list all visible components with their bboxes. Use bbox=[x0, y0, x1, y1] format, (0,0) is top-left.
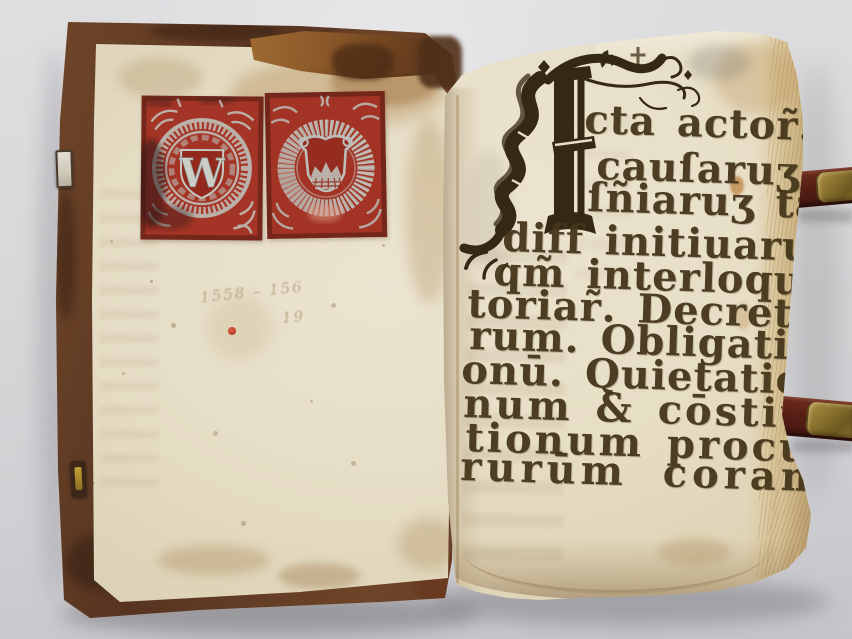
photo-backdrop: 1558 – 156 19 W bbox=[0, 0, 852, 639]
spine-head-leather bbox=[418, 36, 462, 88]
leather-blotch bbox=[56, 190, 76, 320]
strap-shadow bbox=[792, 440, 852, 452]
stain bbox=[118, 58, 203, 98]
brass-clasp bbox=[815, 169, 852, 203]
stain bbox=[158, 545, 270, 575]
stain bbox=[658, 538, 730, 565]
clasp-hook-icon bbox=[70, 461, 87, 498]
brass-pin bbox=[74, 467, 82, 490]
clasp-hook-icon bbox=[55, 150, 73, 189]
faint-inscription: 19 bbox=[281, 307, 306, 327]
brass-clasp bbox=[805, 401, 852, 438]
strap-shadow bbox=[798, 210, 852, 222]
monogram-w: W bbox=[178, 150, 225, 197]
leather-turnin-dark-patch bbox=[332, 44, 394, 80]
manuscript-line: cta actor̃. bbox=[584, 100, 814, 147]
wreath-shield-emblem bbox=[265, 91, 388, 239]
circular-seal-emblem: W bbox=[140, 95, 263, 240]
red-wax-dot bbox=[228, 327, 236, 335]
stain bbox=[278, 563, 360, 589]
manuscript-line: rurūm coram bbox=[460, 447, 829, 499]
